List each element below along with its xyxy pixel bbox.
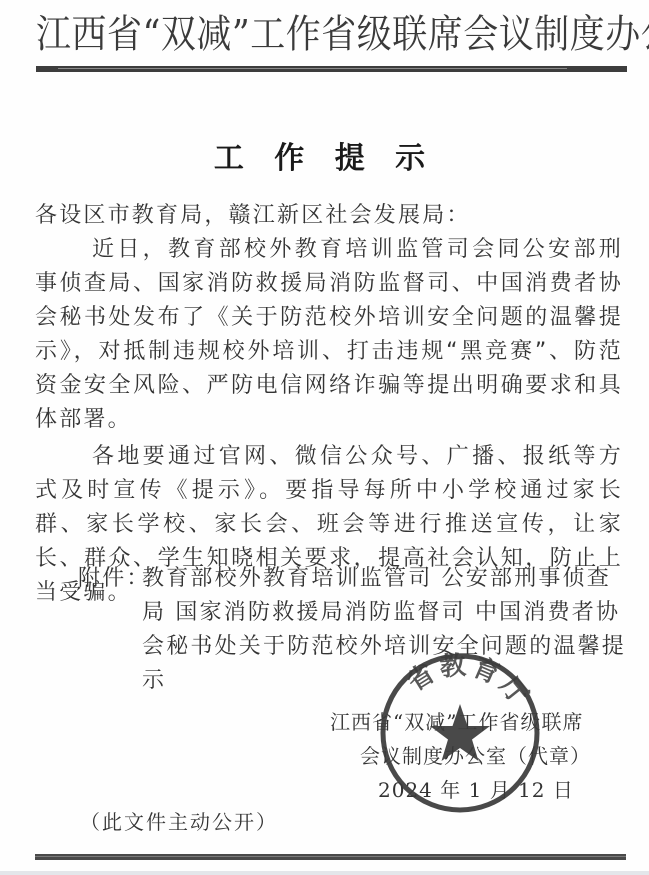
body-paragraph-1: 近日，教育部校外教育培训监管司会同公安部刑事侦查局、国家消防救援局消防监督司、中… [35, 233, 623, 437]
page-bottom-edge [0, 871, 649, 875]
document-body: 各设区市教育局，赣江新区社会发展局： 近日，教育部校外教育培训监管司会同公安部刑… [35, 199, 623, 610]
issuer-header: 江西省“双减”工作省级联席会议制度办公室 [36, 4, 628, 67]
document-title: 工 作 提 示 [0, 133, 649, 177]
header-divider [36, 66, 627, 72]
signature-org-line2: 会议制度办公室（代章） [320, 739, 610, 773]
attachment-label: 附件： [78, 562, 151, 596]
signature-block: 江西省“双减”工作省级联席 会议制度办公室（代章） 2024 年 1 月 12 … [320, 705, 610, 807]
document-page: 江西省“双减”工作省级联席会议制度办公室 工 作 提 示 各设区市教育局，赣江新… [0, 0, 649, 875]
footer-divider [35, 854, 626, 860]
salutation: 各设区市教育局，赣江新区社会发展局： [35, 199, 623, 233]
signature-date: 2024 年 1 月 12 日 [320, 773, 610, 807]
signature-org-line1: 江西省“双减”工作省级联席 [320, 705, 610, 739]
attachment-text: 教育部校外教育培训监管司 公安部刑事侦查局 国家消防救援局消防监督司 中国消费者… [142, 562, 632, 698]
public-disclosure-note: （此文件主动公开） [80, 806, 278, 835]
